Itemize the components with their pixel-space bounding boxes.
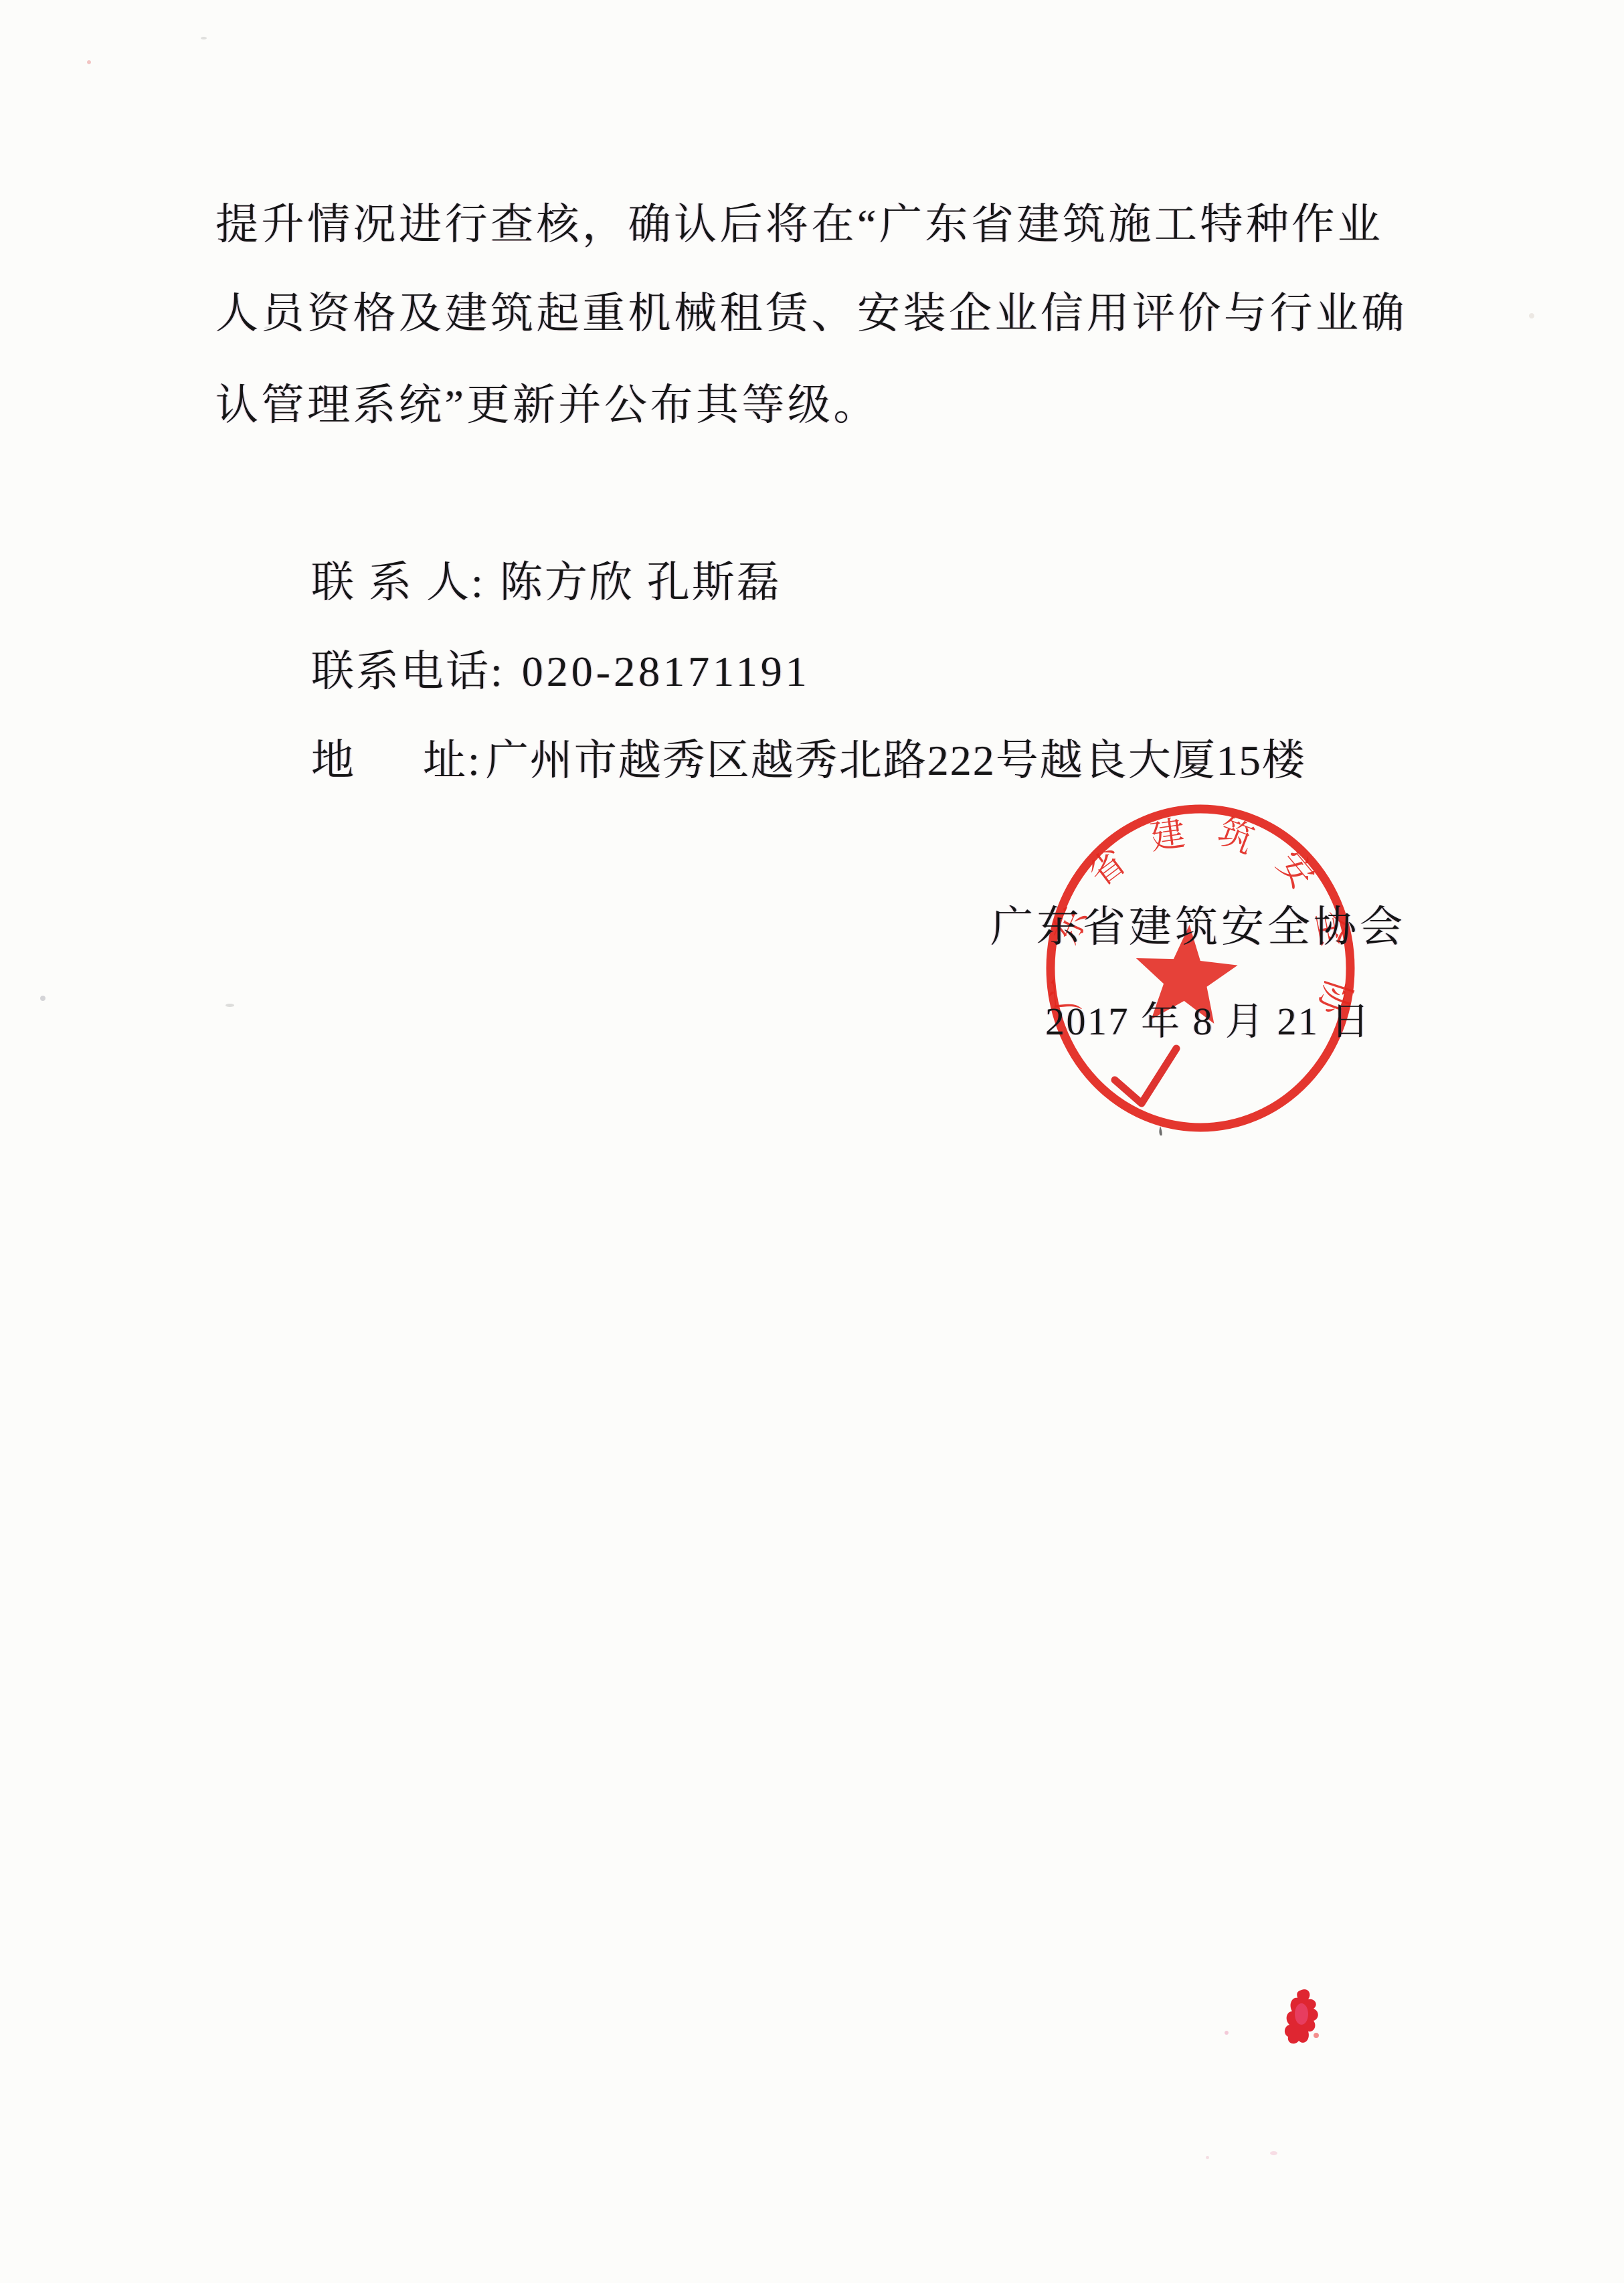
paragraph-line-2: 人员资格及建筑起重机械租赁、安装企业信用评价与行业确 bbox=[215, 292, 1407, 335]
scan-speck bbox=[225, 1004, 234, 1007]
ink-blot bbox=[1281, 1987, 1335, 2061]
contact-phone-value: 020-28171191 bbox=[522, 648, 810, 695]
scan-speck bbox=[87, 60, 91, 64]
signature-date: 2017 年 8 月 21 日 bbox=[1045, 1002, 1371, 1041]
contact-address-label-right: 址: bbox=[423, 737, 482, 784]
contact-person-label: 联 系 人: bbox=[311, 559, 485, 606]
signature-org-name: 广东省建筑安全协会 bbox=[990, 906, 1406, 949]
scan-speck bbox=[1206, 2156, 1209, 2159]
contact-person-line: 联 系 人:陈方欣 孔斯磊 bbox=[311, 561, 782, 604]
ink-blot-satellite bbox=[1314, 2033, 1319, 2038]
document-page: 提升情况进行查核，确认后将在“广东省建筑施工特种作业 人员资格及建筑起重机械租赁… bbox=[0, 0, 1624, 2283]
scan-speck bbox=[40, 996, 46, 1001]
ink-blot-highlight bbox=[1295, 2003, 1308, 2025]
scan-speck bbox=[201, 37, 207, 39]
scan-speck bbox=[1225, 2031, 1229, 2035]
contact-phone-label: 联系电话: bbox=[311, 648, 505, 695]
contact-address-label-left: 地 bbox=[311, 737, 356, 784]
small-dark-speck bbox=[1159, 1126, 1162, 1135]
seal-checkmark bbox=[1115, 1048, 1176, 1103]
scan-speck bbox=[1529, 313, 1534, 318]
scan-speck bbox=[264, 327, 272, 329]
contact-address-value: 广州市越秀区越秀北路222号越良大厦15楼 bbox=[486, 737, 1306, 784]
contact-address-line: 地址:广州市越秀区越秀北路222号越良大厦15楼 bbox=[311, 739, 1306, 782]
contact-person-value: 陈方欣 孔斯磊 bbox=[500, 559, 782, 606]
official-seal-stamp: 广东省建筑安全协会 bbox=[1033, 801, 1368, 1135]
paragraph-line-3: 认管理系统”更新并公布其等级。 bbox=[215, 384, 879, 427]
paragraph-line-1: 提升情况进行查核，确认后将在“广东省建筑施工特种作业 bbox=[215, 203, 1383, 246]
scan-speck bbox=[1270, 2151, 1277, 2155]
contact-phone-line: 联系电话:020-28171191 bbox=[311, 650, 810, 693]
